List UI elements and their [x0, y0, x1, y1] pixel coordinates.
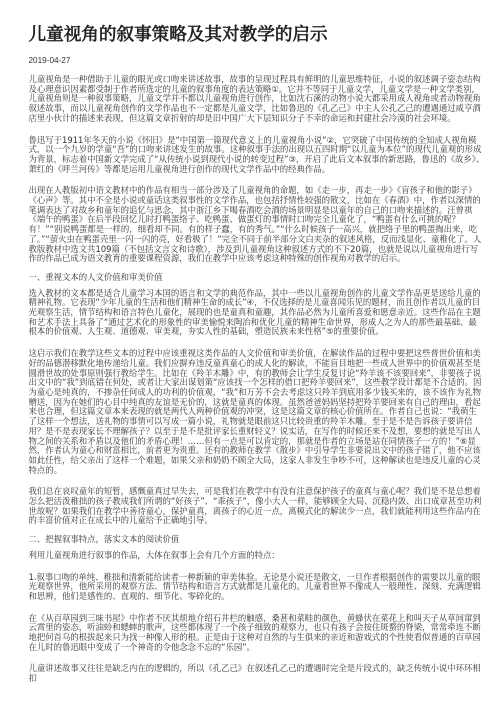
section-heading-1: 一、重视文本的人文价值和审美价值: [29, 273, 485, 283]
publish-date: 2019-04-27: [29, 56, 485, 66]
paragraph-baicaoyuan-example: 在《从百草园到三味书屋》中作者不厌其烦地介绍石井栏的触感，桑葚和菜畦的颜色，黄蜂…: [29, 614, 485, 653]
paragraph-protect-childhood: 我们总在哀叹童年的短暂，感慨童真过早失去，可是我们在教学中有没有注意保护孩子的童…: [29, 487, 485, 526]
paragraph-features-intro: 利用儿童视角进行叙事的作品，大体在叙事上会有几个方面的特点：: [29, 551, 485, 561]
section-heading-2: 二、把握叙事特点，落实文本的阅读价值: [29, 535, 485, 545]
paragraph-kongyiji-example: 儿童讲述故事又往往是缺乏内在的逻辑的，所以《孔乙己》在叙述孔乙己的遭遇时完全是片…: [29, 664, 485, 683]
paragraph-textbook: 出现在人教版初中语文教材中的作品有相当一部分涉及了儿童视角的命题，如《走一步，再…: [29, 186, 485, 264]
paragraph-definition: 儿童视角是一种借助于儿童的眼光或口吻来讲述故事，故事的呈现过程具有鲜明的儿童思维…: [29, 75, 485, 124]
paragraph-teaching-insight: 这启示我们在教学这些文本的过程中应该重视这类作品的人文价值和审美价值，在解读作品…: [29, 349, 485, 475]
article-title: 儿童视角的叙事策略及其对教学的启示: [29, 23, 485, 45]
paragraph-value: 选入教材的文本都是适合儿童学习本国的语言和文学的典范作品，其中一些以儿童视角创作…: [29, 289, 485, 338]
article: 儿童视角的叙事策略及其对教学的启示 2019-04-27 儿童视角是一种借助于儿…: [29, 23, 485, 684]
paragraph-feature-1: 1.叙事口吻的单纯、稚拙和清新能给读者一种新颖的审美体验。无论是小说还是散文，一…: [29, 573, 485, 602]
paragraph-history: 鲁迅写于1911年冬天的小说《怀旧》是“中国第一篇现代意义上的儿童视角小说”②，…: [29, 136, 485, 175]
